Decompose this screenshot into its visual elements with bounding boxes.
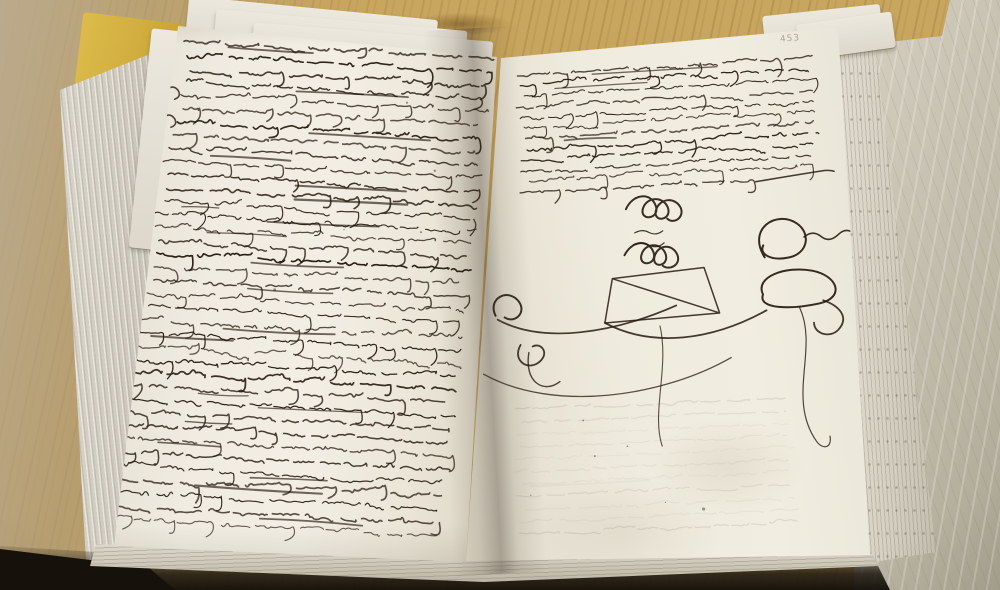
showthrough-text bbox=[512, 395, 799, 537]
handwriting-right bbox=[513, 54, 835, 206]
photo-scene: 453 bbox=[0, 0, 1000, 590]
